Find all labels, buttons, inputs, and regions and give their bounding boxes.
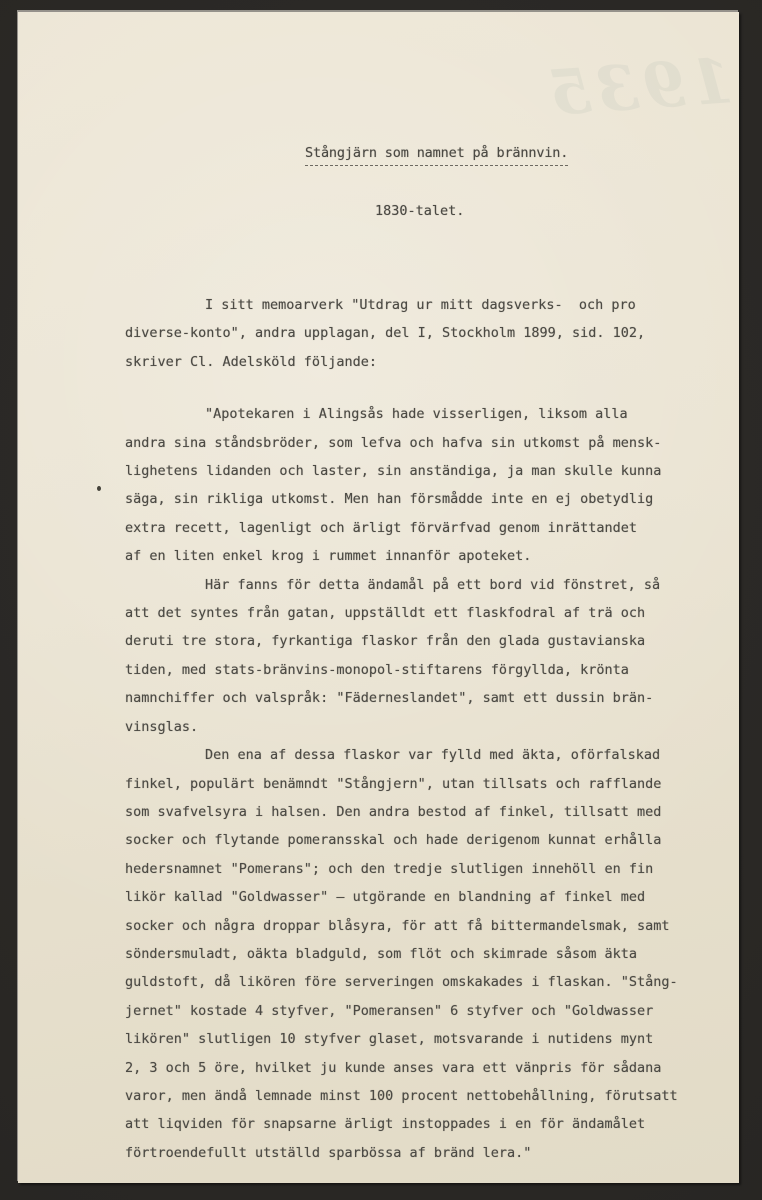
text-line: varor, men ändå lemnade minst 100 procen… — [125, 1082, 710, 1110]
text-line: Den ena af dessa flaskor var fylld med ä… — [125, 741, 710, 769]
paragraph: "Apotekaren i Alingsås hade visserligen,… — [125, 400, 710, 570]
text-line: socker och några droppar blåsyra, för at… — [125, 912, 710, 940]
document-title: Stångjärn som namnet på brännvin. — [305, 145, 568, 166]
paragraph: Den ena af dessa flaskor var fylld med ä… — [125, 741, 710, 1167]
embossed-year-watermark: 1935 — [561, 44, 736, 129]
text-line: 2, 3 och 5 öre, hvilket ju kunde anses v… — [125, 1054, 710, 1082]
text-line: likören" slutligen 10 styfver glaset, mo… — [125, 1025, 710, 1053]
text-line: hedersnamnet "Pomerans"; och den tredje … — [125, 855, 710, 883]
text-line: att liqviden för snapsarne ärligt instop… — [125, 1110, 710, 1138]
text-line: socker och flytande pomeransskal och had… — [125, 826, 710, 854]
document-subtitle: 1830-talet. — [375, 203, 464, 219]
text-line: Här fanns för detta ändamål på ett bord … — [125, 571, 710, 599]
text-line: som svafvelsyra i halsen. Den andra best… — [125, 798, 710, 826]
text-line: andra sina ståndsbröder, som lefva och h… — [125, 429, 710, 457]
text-line: förtroendefullt utställd sparbössa af br… — [125, 1139, 710, 1167]
document-page: 1935 Stångjärn som namnet på brännvin. 1… — [18, 12, 739, 1183]
text-line: att det syntes från gatan, uppställdt et… — [125, 599, 710, 627]
text-line: vinsglas. — [125, 713, 710, 741]
text-line: "Apotekaren i Alingsås hade visserligen,… — [125, 400, 710, 428]
text-line: söndersmuladt, oäkta bladguld, som flöt … — [125, 940, 710, 968]
text-line: guldstoft, då likören före serveringen o… — [125, 968, 710, 996]
text-line: säga, sin rikliga utkomst. Men han försm… — [125, 485, 710, 513]
document-body: I sitt memoarverk "Utdrag ur mitt dagsve… — [125, 291, 710, 1167]
text-line: I sitt memoarverk "Utdrag ur mitt dagsve… — [125, 291, 710, 319]
ink-speck — [97, 486, 101, 491]
text-line: tiden, med stats-bränvins-monopol-stifta… — [125, 656, 710, 684]
paragraph: I sitt memoarverk "Utdrag ur mitt dagsve… — [125, 291, 710, 376]
text-line: extra recett, lagenligt och ärligt förvä… — [125, 514, 710, 542]
text-line: skriver Cl. Adelsköld följande: — [125, 348, 710, 376]
paragraph: Här fanns för detta ändamål på ett bord … — [125, 571, 710, 741]
text-line: jernet" kostade 4 styfver, "Pomeransen" … — [125, 997, 710, 1025]
text-line: af en liten enkel krog i rummet innanför… — [125, 542, 710, 570]
text-line: finkel, populärt benämndt "Stångjern", u… — [125, 770, 710, 798]
text-line: deruti tre stora, fyrkantiga flaskor frå… — [125, 627, 710, 655]
text-line: namnchiffer och valspråk: "Fäderneslande… — [125, 684, 710, 712]
text-line: diverse-konto", andra upplagan, del I, S… — [125, 319, 710, 347]
text-line: likör kallad "Goldwasser" – utgörande en… — [125, 883, 710, 911]
text-line: lighetens lidanden och laster, sin anstä… — [125, 457, 710, 485]
